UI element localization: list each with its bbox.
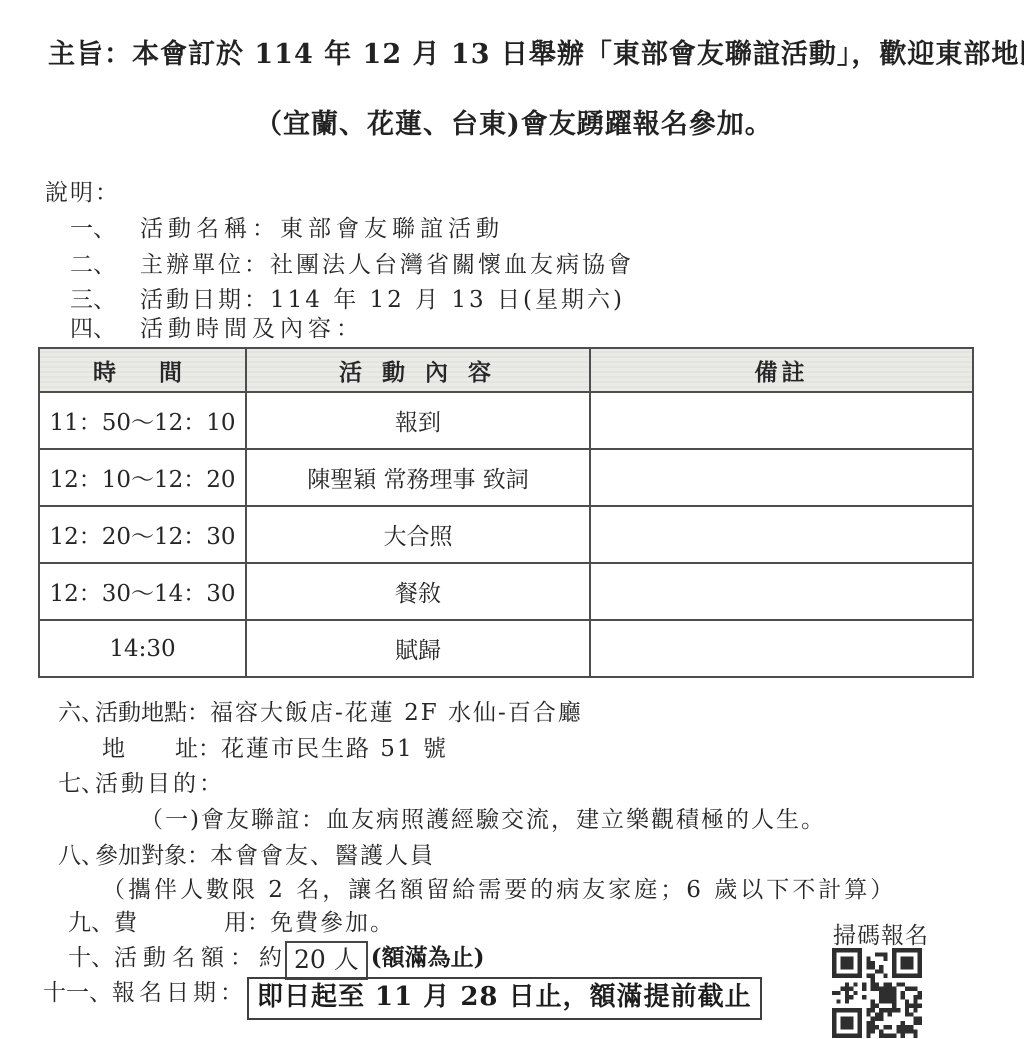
detail-item-7-sub: （一)會友聯誼：血友病照護經驗交流，建立樂觀積極的人生。 xyxy=(140,806,826,835)
address-label-left: 地 xyxy=(102,735,125,764)
item-number: 三、 xyxy=(70,286,140,315)
schedule-content-cell: 報到 xyxy=(246,392,590,449)
item-number: 二、 xyxy=(70,251,140,280)
item-label-right: 用： xyxy=(224,910,270,936)
scanned-notice-page: 主旨：本會訂於 114 年 12 月 13 日舉辦「東部會友聯誼活動」，歡迎東部… xyxy=(0,0,1024,1039)
item-label: 參加對象： xyxy=(95,843,210,869)
detail-item-8: 八、參加對象：本會會友、醫護人員 xyxy=(58,842,435,871)
schedule-content-cell: 賦歸 xyxy=(246,620,590,677)
item-number: 四、 xyxy=(70,315,140,344)
schedule-time-cell: 11：50～12：10 xyxy=(39,392,246,449)
quota-boxed-value: 20 人 xyxy=(285,941,368,980)
schedule-note-cell xyxy=(590,449,973,506)
item-label: 活動目的： xyxy=(95,771,225,797)
header-note: 備註 xyxy=(590,348,973,392)
schedule-time-cell: 14:30 xyxy=(39,620,246,677)
explain-heading: 說明： xyxy=(45,179,120,208)
address-value: 花蓮市民生路 51 號 xyxy=(221,736,448,762)
item-number: 八、 xyxy=(58,842,95,871)
table-row: 12：10～12：20 陳聖穎 常務理事 致詞 xyxy=(39,449,973,506)
table-row: 14:30 賦歸 xyxy=(39,620,973,677)
explain-item-2: 二、主辦單位：社團法人台灣省關懷血友病協會 xyxy=(70,251,634,280)
header-time: 時 間 xyxy=(39,348,246,392)
table-row: 11：50～12：10 報到 xyxy=(39,392,973,449)
item-text: 活動日期：114 年 12 月 13 日(星期六) xyxy=(140,287,625,313)
schedule-time-cell: 12：10～12：20 xyxy=(39,449,246,506)
address-label-right: 址： xyxy=(175,736,221,762)
detail-item-10: 十、活動名額：約20 人(額滿為止) xyxy=(68,941,485,980)
detail-item-9: 九、費用：免費參加。 xyxy=(68,909,395,938)
item-number: 一、 xyxy=(70,215,140,244)
item-label-left: 費 xyxy=(114,910,137,936)
item-label: 報名日期： xyxy=(112,980,247,1006)
quota-suffix: (額滿為止) xyxy=(371,944,485,971)
item-number: 十、 xyxy=(68,944,114,973)
explain-item-3: 三、活動日期：114 年 12 月 13 日(星期六) xyxy=(70,286,625,315)
schedule-note-cell xyxy=(590,620,973,677)
item-text: 活動時間及內容： xyxy=(140,316,364,342)
schedule-header-row: 時 間 活 動 內 容 備註 xyxy=(39,348,973,392)
schedule-note-cell xyxy=(590,392,973,449)
item-text: 主辦單位：社團法人台灣省關懷血友病協會 xyxy=(140,252,634,278)
item-number: 九、 xyxy=(68,909,114,938)
item-number: 十一、 xyxy=(43,980,112,1006)
schedule-note-cell xyxy=(590,506,973,563)
schedule-time-cell: 12：30～14：30 xyxy=(39,563,246,620)
schedule-note-cell xyxy=(590,563,973,620)
explain-item-1: 一、活動名稱：東部會友聯誼活動 xyxy=(70,215,504,244)
schedule-table: 時 間 活 動 內 容 備註 11：50～12：10 報到 12：10～12：2… xyxy=(38,347,974,678)
deadline-boxed-value: 即日起至 11 月 28 日止，額滿提前截止 xyxy=(247,977,762,1020)
detail-address: 地址：花蓮市民生路 51 號 xyxy=(102,735,448,764)
detail-item-7: 七、活動目的： xyxy=(58,770,225,799)
schedule-time-cell: 12：20～12：30 xyxy=(39,506,246,563)
qr-label: 掃碼報名 xyxy=(833,917,929,950)
table-row: 12：30～14：30 餐敘 xyxy=(39,563,973,620)
header-content: 活 動 內 容 xyxy=(246,348,590,392)
subject-line-2: （宜蘭、花蓮、台東)會友踴躍報名參加。 xyxy=(255,108,773,142)
detail-item-6: 六、活動地點：福容大飯店-花蓮 2F 水仙-百合廳 xyxy=(58,699,583,728)
item-number: 六、 xyxy=(58,699,95,728)
qr-code xyxy=(832,948,922,1038)
detail-item-11: 十一、報名日期：即日起至 11 月 28 日止，額滿提前截止 xyxy=(43,977,762,1020)
quota-prefix: 約 xyxy=(259,945,282,971)
item-value: 本會會友、醫護人員 xyxy=(210,843,435,869)
schedule-content-cell: 大合照 xyxy=(246,506,590,563)
item-value: 福容大飯店-花蓮 2F 水仙-百合廳 xyxy=(210,700,583,726)
item-label: 活動地點： xyxy=(95,700,210,726)
explain-item-4: 四、活動時間及內容： xyxy=(70,315,364,344)
subject-line-1: 主旨：本會訂於 114 年 12 月 13 日舉辦「東部會友聯誼活動」，歡迎東部… xyxy=(48,38,1024,72)
item-label: 活動名額： xyxy=(114,945,259,971)
table-row: 12：20～12：30 大合照 xyxy=(39,506,973,563)
detail-item-8-note: （攜伴人數限 2 名，讓名額留給需要的病友家庭；6 歲以下不計算） xyxy=(102,876,896,905)
item-number: 七、 xyxy=(58,770,95,799)
schedule-content-cell: 陳聖穎 常務理事 致詞 xyxy=(246,449,590,506)
item-value: 免費參加。 xyxy=(270,910,395,936)
schedule-content-cell: 餐敘 xyxy=(246,563,590,620)
item-text: 活動名稱：東部會友聯誼活動 xyxy=(140,216,504,242)
